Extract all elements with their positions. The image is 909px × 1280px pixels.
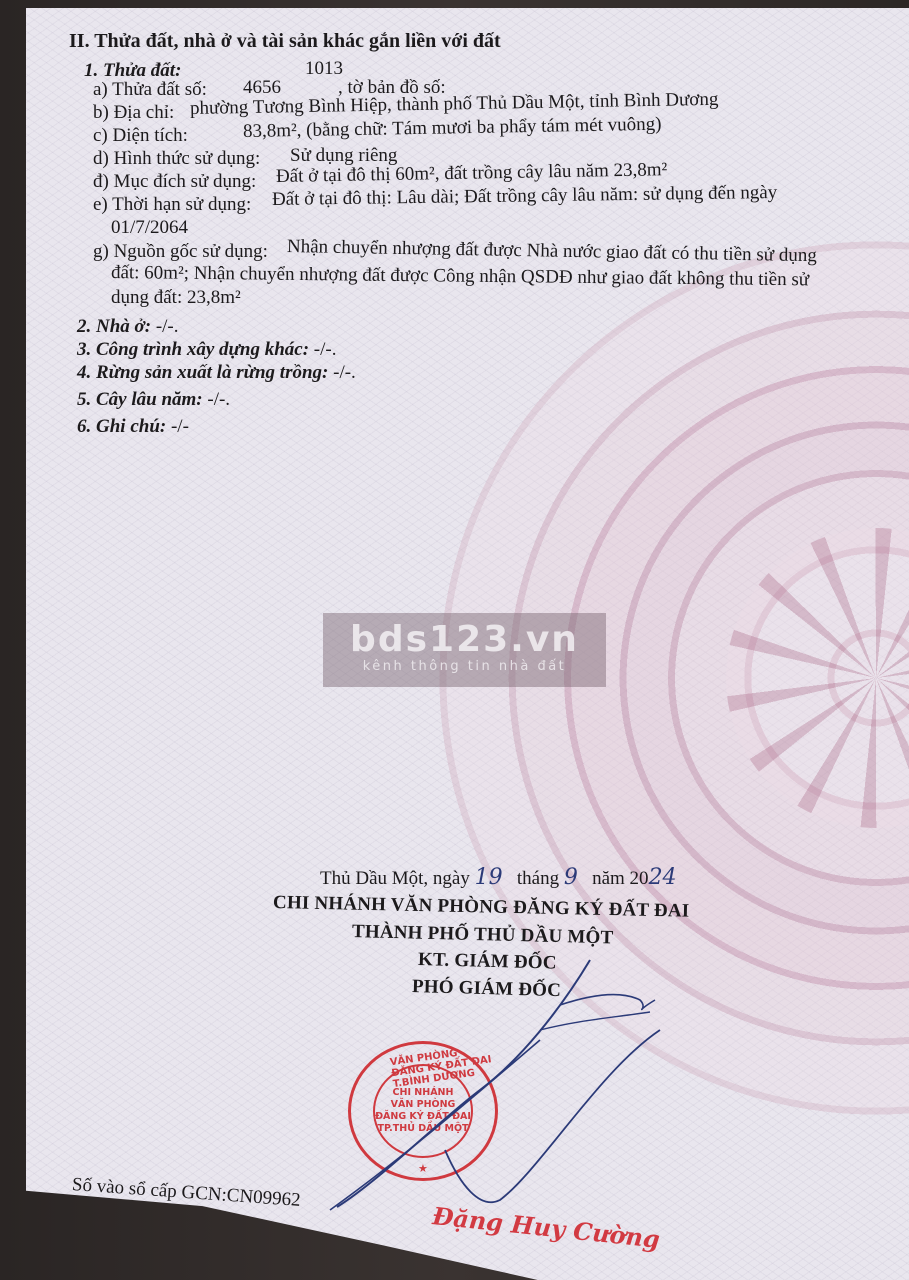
registry-value: CN09962: [226, 1185, 301, 1211]
document-content: II. Thửa đất, nhà ở và tài sản khác gắn …: [0, 0, 909, 1280]
signature-stroke-icon: [0, 0, 909, 1280]
